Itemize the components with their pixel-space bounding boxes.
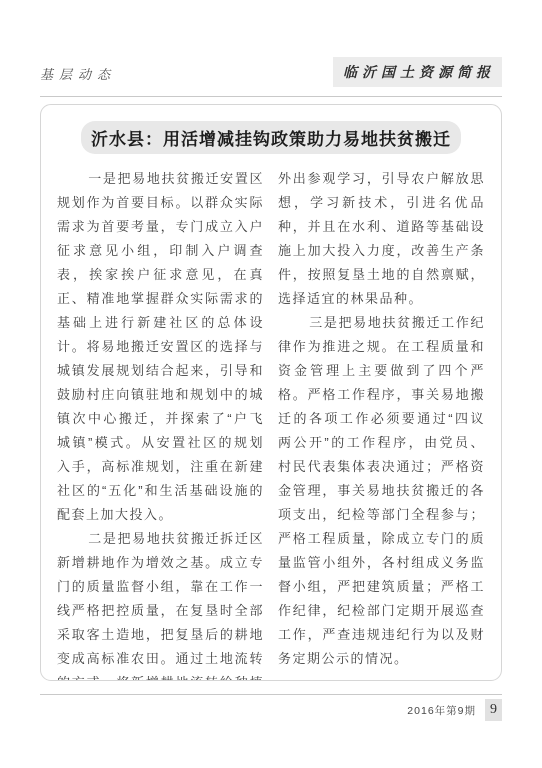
- paragraph-two-continued: 外出参观学习，引导农户解放思想，学习新技术，引进名优品种，并且在水利、道路等基础…: [278, 167, 485, 311]
- article-title-row: 沂水县：用活增减挂钩政策助力易地扶贫搬迁: [57, 121, 485, 154]
- paragraph-three: 三是把易地扶贫搬迁工作纪律作为推进之规。在工程质量和资金管理上主要做到了四个严格…: [278, 311, 485, 671]
- page-header: 基层动态 临沂国土资源简报: [40, 0, 502, 87]
- column-left: 一是把易地扶贫搬迁安置区规划作为首要目标。以群众实际需求为首要考量，专门成立入户…: [57, 167, 264, 681]
- article-title: 沂水县：用活增减挂钩政策助力易地扶贫搬迁: [81, 121, 461, 154]
- publication-masthead: 临沂国土资源简报: [333, 57, 502, 87]
- article-columns: 一是把易地扶贫搬迁安置区规划作为首要目标。以群众实际需求为首要考量，专门成立入户…: [57, 167, 485, 681]
- issue-label: 2016年第9期: [407, 703, 476, 718]
- paragraph-one: 一是把易地扶贫搬迁安置区规划作为首要目标。以群众实际需求为首要考量，专门成立入户…: [57, 167, 264, 527]
- paragraph-two: 二是把易地扶贫搬迁拆迁区新增耕地作为增效之基。成立专门的质量监督小组，靠在工作一…: [57, 527, 264, 681]
- bulletin-page: 基层动态 临沂国土资源简报 沂水县：用活增减挂钩政策助力易地扶贫搬迁 一是把易地…: [0, 0, 542, 768]
- section-label: 基层动态: [40, 64, 116, 87]
- page-footer: 2016年第9期 9: [40, 699, 502, 721]
- footer-divider: [40, 694, 502, 695]
- page-number: 9: [485, 699, 502, 721]
- article-box: 沂水县：用活增减挂钩政策助力易地扶贫搬迁 一是把易地扶贫搬迁安置区规划作为首要目…: [40, 104, 502, 681]
- column-right: 外出参观学习，引导农户解放思想，学习新技术，引进名优品种，并且在水利、道路等基础…: [278, 167, 485, 681]
- header-divider: [40, 96, 502, 97]
